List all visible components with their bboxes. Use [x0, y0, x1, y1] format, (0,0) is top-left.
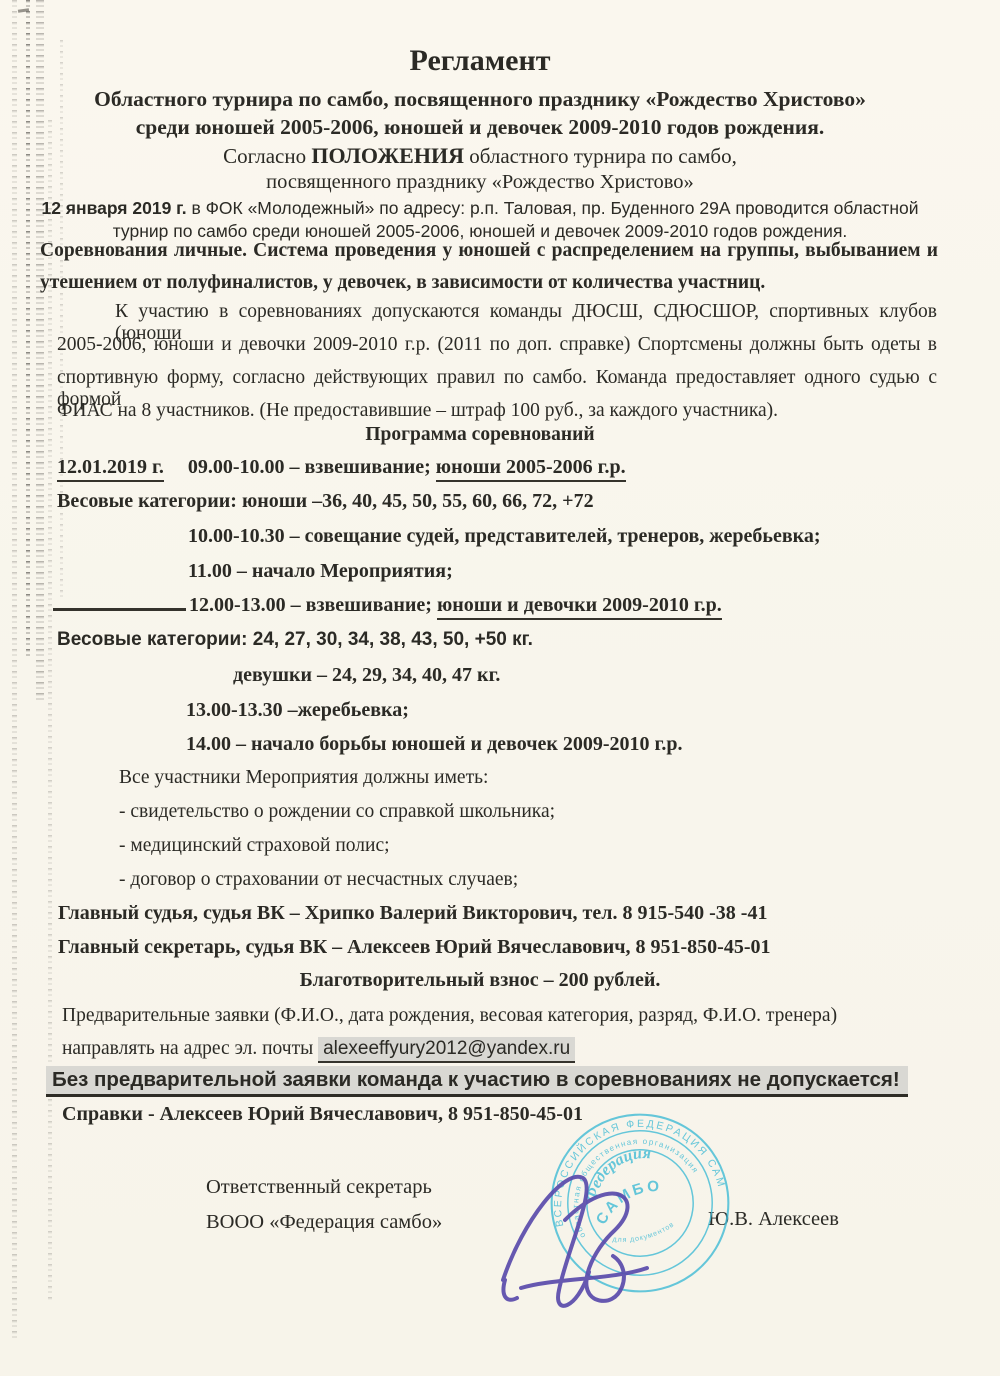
competition-format-line-1: Соревнования личные. Система проведения …: [40, 240, 938, 262]
scan-noise-stripe: [48, 120, 52, 1300]
signer-role-line-1: Ответственный секретарь: [206, 1176, 432, 1199]
email-address: alexeeffyury2012@yandex.ru: [318, 1037, 575, 1063]
weight-categories-kids: Весовые категории: 24, 27, 30, 34, 38, 4…: [57, 629, 533, 651]
program-row-weighin-boys: 12.01.2019 г.09.00-10.00 – взвешивание; …: [57, 456, 626, 479]
program-row-start: 11.00 – начало Мероприятия;: [188, 560, 453, 583]
program-row-judges-meeting: 10.00-10.30 – совещание судей, представи…: [188, 525, 821, 548]
admission-line-2: 2005-2006, юноши и девочки 2009-2010 г.р…: [57, 334, 937, 356]
charity-fee-line: Благотворительный взнос – 200 рублей.: [0, 969, 960, 992]
signature-ink: [495, 1158, 690, 1323]
venue-line-1-rest: в ФОК «Молодежный» по адресу: р.п. Талов…: [187, 198, 919, 218]
weight-categories-girls: девушки – 24, 29, 34, 40, 47 кг.: [233, 664, 500, 687]
scanned-document-page: Регламент Областного турнира по самбо, п…: [0, 0, 1000, 1376]
requirements-intro: Все участники Мероприятия должны иметь:: [119, 767, 488, 789]
subtitle-line-1: Областного турнира по самбо, посвященног…: [0, 87, 960, 112]
weighin-boys-group: юноши 2005-2006 г.р.: [436, 456, 626, 482]
program-date: 12.01.2019 г.: [57, 456, 164, 482]
venue-line-1: 12 января 2019 г. в ФОК «Молодежный» по …: [0, 198, 960, 219]
subtitle-line-3: Согласно ПОЛОЖЕНИЯ областного турнира по…: [0, 143, 960, 169]
competition-format-line-2: утешением от полуфиналистов, у девочек, …: [40, 272, 765, 294]
chief-secretary-line: Главный секретарь, судья ВК – Алексеев Ю…: [58, 936, 771, 959]
requirement-item: - медицинский страховой полис;: [119, 835, 390, 857]
program-row-draw: 13.00-13.30 –жеребьевка;: [186, 699, 409, 722]
chief-judge-line: Главный судья, судья ВК – Хрипко Валерий…: [58, 902, 767, 925]
doc-title: Регламент: [0, 44, 960, 78]
subtitle-line-3-prefix: Согласно: [223, 144, 311, 168]
blank-underline: [53, 594, 186, 611]
no-application-warning: Без предварительной заявки команда к уча…: [46, 1068, 908, 1092]
applications-line-2-prefix: направлять на адрес эл. почты: [62, 1038, 318, 1059]
polozhenie-word: ПОЛОЖЕНИЯ: [311, 143, 464, 168]
program-heading: Программа соревнований: [0, 424, 960, 446]
no-application-warning-text: Без предварительной заявки команда к уча…: [46, 1066, 908, 1097]
program-row-weighin-kids: 12.00-13.00 – взвешивание; юноши и девоч…: [53, 594, 722, 617]
subtitle-line-2: среди юношей 2005-2006, юношей и девочек…: [0, 115, 960, 140]
applications-line-1: Предварительные заявки (Ф.И.О., дата рож…: [62, 1005, 837, 1027]
requirement-item: - свидетельство о рождении со справкой ш…: [119, 801, 555, 823]
event-date: 12 января 2019 г.: [41, 198, 186, 218]
weight-categories-boys: Весовые категории: юноши –36, 40, 45, 50…: [57, 490, 594, 513]
weighin-boys-text: 09.00-10.00 – взвешивание;: [188, 456, 436, 478]
subtitle-line-3-suffix: областного турнира по самбо,: [464, 144, 737, 168]
program-row-fights-start: 14.00 – начало борьбы юношей и девочек 2…: [186, 733, 683, 756]
info-contact-line: Справки - Алексеев Юрий Вячеславович, 8 …: [62, 1103, 583, 1126]
weighin-kids-text: 12.00-13.00 – взвешивание;: [189, 594, 437, 616]
signer-role-line-2: ВООО «Федерация самбо»: [206, 1211, 442, 1234]
requirement-item: - договор о страховании от несчастных сл…: [119, 869, 518, 891]
applications-line-2: направлять на адрес эл. почты alexeeffyu…: [62, 1038, 575, 1060]
admission-line-4: ФИАС на 8 участников. (Не предоставившие…: [57, 400, 778, 422]
subtitle-line-4: посвященного празднику «Рождество Христо…: [0, 171, 960, 194]
weighin-kids-group: юноши и девочки 2009-2010 г.р.: [437, 594, 722, 620]
venue-line-2: турнир по самбо среди юношей 2005-2006, …: [0, 221, 960, 242]
